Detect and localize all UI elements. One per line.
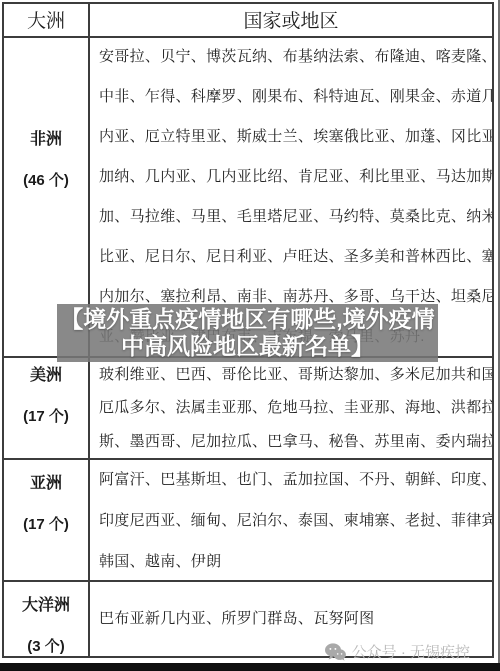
country-list-line: 内亚、厄立特里亚、斯威士兰、埃塞俄比亚、加蓬、冈比亚、 bbox=[99, 117, 492, 157]
title-overlay-banner: 【境外重点疫情地区有哪些,境外疫情 中高风险地区最新名单】 bbox=[57, 304, 438, 362]
continent-count: (17 个) bbox=[23, 513, 69, 534]
country-list-line: 安哥拉、贝宁、博茨瓦纳、布基纳法索、布隆迪、喀麦隆、 bbox=[99, 38, 492, 77]
header-cell-continent: 大洲 bbox=[4, 4, 90, 36]
header-region-label: 国家或地区 bbox=[243, 6, 338, 33]
country-list-line: 巴布亚新几内亚、所罗门群岛、瓦努阿图 bbox=[99, 599, 492, 639]
table-header-row: 大洲 国家或地区 bbox=[4, 4, 492, 38]
watermark: 公众号 · 无锡疾控 bbox=[325, 641, 470, 662]
overlay-title-line2: 中高风险地区最新名单】 bbox=[121, 333, 374, 360]
header-continent-label: 大洲 bbox=[27, 6, 65, 33]
watermark-text: 公众号 · 无锡疾控 bbox=[352, 641, 470, 662]
country-list-line: 斯、墨西哥、尼加拉瓜、巴拿马、秘鲁、苏里南、委内瑞拉 bbox=[99, 425, 492, 459]
overlay-title-line1: 【境外重点疫情地区有哪些,境外疫情 bbox=[60, 306, 434, 333]
continent-count: (3 个) bbox=[27, 635, 65, 656]
country-list-line: 加纳、几内亚、几内亚比绍、肯尼亚、利比里亚、马达加斯 bbox=[99, 157, 492, 197]
americas-countries-cell: 玻利维亚、巴西、哥伦比亚、哥斯达黎加、多米尼加共和国、厄瓜多尔、法属圭亚那、危地… bbox=[90, 358, 492, 459]
country-list-line: 印度尼西亚、缅甸、尼泊尔、泰国、柬埔寨、老挝、菲律宾、 bbox=[99, 500, 492, 541]
country-list-line: 厄瓜多尔、法属圭亚那、危地马拉、圭亚那、海地、洪都拉 bbox=[99, 391, 492, 425]
country-list-line: 加、马拉维、马里、毛里塔尼亚、马约特、莫桑比克、纳米 bbox=[99, 197, 492, 237]
continent-count: (46 个) bbox=[23, 169, 69, 190]
continent-name: 亚洲 bbox=[30, 470, 62, 493]
asia-label-cell: 亚洲 (17 个) bbox=[4, 460, 90, 580]
header-cell-region: 国家或地区 bbox=[90, 4, 492, 36]
wechat-icon bbox=[325, 643, 346, 661]
country-list-line: 韩国、越南、伊朗 bbox=[99, 541, 492, 581]
americas-label-cell: 美洲 (17 个) bbox=[4, 358, 90, 459]
country-list-line: 中非、乍得、科摩罗、刚果布、科特迪瓦、刚果金、赤道几 bbox=[99, 77, 492, 117]
country-list-line: 比亚、尼日尔、尼日利亚、卢旺达、圣多美和普林西比、塞 bbox=[99, 237, 492, 277]
continent-name: 美洲 bbox=[30, 362, 62, 385]
asia-countries-cell: 阿富汗、巴基斯坦、也门、孟加拉国、不丹、朝鲜、印度、印度尼西亚、缅甸、尼泊尔、泰… bbox=[90, 460, 492, 580]
oceania-label-cell: 大洋洲 (3 个) bbox=[4, 582, 90, 656]
continent-count: (17 个) bbox=[23, 405, 69, 426]
country-list-line: 玻利维亚、巴西、哥伦比亚、哥斯达黎加、多米尼加共和国、 bbox=[99, 358, 492, 392]
bottom-black-bar bbox=[0, 663, 500, 671]
continent-name: 非洲 bbox=[30, 126, 62, 149]
country-list-line: 阿富汗、巴基斯坦、也门、孟加拉国、不丹、朝鲜、印度、 bbox=[99, 460, 492, 500]
table-row-americas: 美洲 (17 个) 玻利维亚、巴西、哥伦比亚、哥斯达黎加、多米尼加共和国、厄瓜多… bbox=[4, 358, 492, 461]
continent-name: 大洋洲 bbox=[22, 592, 70, 615]
table-row-asia: 亚洲 (17 个) 阿富汗、巴基斯坦、也门、孟加拉国、不丹、朝鲜、印度、印度尼西… bbox=[4, 460, 492, 582]
